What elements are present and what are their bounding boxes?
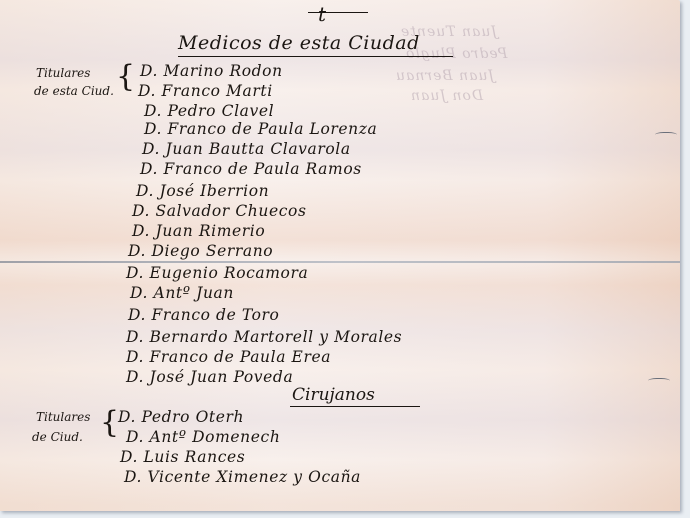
medico-name: D. Salvador Chuecos xyxy=(132,202,307,220)
cirujano-name: D. Vicente Ximenez y Ocaña xyxy=(124,468,361,486)
medico-name: D. Franco de Paula Lorenza xyxy=(144,120,377,138)
medico-name: D. Juan Rimerio xyxy=(132,222,265,240)
medico-name: D. Antº Juan xyxy=(130,284,234,302)
medico-name: D. Bernardo Martorell y Morales xyxy=(126,328,402,346)
medico-name: D. Diego Serrano xyxy=(128,242,273,260)
bleed-through-text: Don Juan xyxy=(410,88,483,104)
cirujano-name: D. Pedro Oterh xyxy=(118,408,244,426)
edge-tear xyxy=(648,378,670,385)
bleed-through-text: Pedro Pluglo xyxy=(405,46,507,62)
brace-icon: { xyxy=(116,62,135,92)
medico-name: D. Franco Marti xyxy=(138,82,273,100)
manuscript-page: Juan Tuente Pedro Pluglo Juan Bernau Don… xyxy=(0,0,680,511)
cirujano-name: D. Antº Domenech xyxy=(126,428,280,446)
page-mark-stroke xyxy=(308,12,368,13)
medico-name: D. Pedro Clavel xyxy=(144,102,274,120)
medico-name: D. José Iberrion xyxy=(136,182,269,200)
page-mark: t xyxy=(318,2,326,26)
paper-fold-line xyxy=(0,261,680,263)
side-label-titulares: Titulares xyxy=(36,410,90,424)
medico-name: D. Franco de Paula Erea xyxy=(126,348,331,366)
medico-name: D. Franco de Toro xyxy=(128,306,280,324)
side-label-titulares: Titulares xyxy=(36,66,90,80)
side-label-de-esta-ciudad: de esta Ciud. xyxy=(34,84,114,98)
cirujano-name: D. Luis Rances xyxy=(120,448,245,466)
subheading-underline xyxy=(290,406,420,407)
medico-name: D. Eugenio Rocamora xyxy=(126,264,308,282)
medico-name: D. Franco de Paula Ramos xyxy=(140,160,362,178)
medico-name: D. Marino Rodon xyxy=(140,62,283,80)
brace-icon: { xyxy=(100,408,119,438)
heading-underline xyxy=(178,56,453,57)
edge-tear xyxy=(655,132,677,139)
bleed-through-text: Juan Bernau xyxy=(395,68,494,84)
page-heading: Medicos de esta Ciudad xyxy=(178,32,420,54)
medico-name: D. Juan Bautta Clavarola xyxy=(142,140,351,158)
medico-name: D. José Juan Poveda xyxy=(126,368,293,386)
side-label-de-ciudad: de Ciud. xyxy=(32,430,83,444)
section-heading-cirujanos: Cirujanos xyxy=(292,385,375,405)
